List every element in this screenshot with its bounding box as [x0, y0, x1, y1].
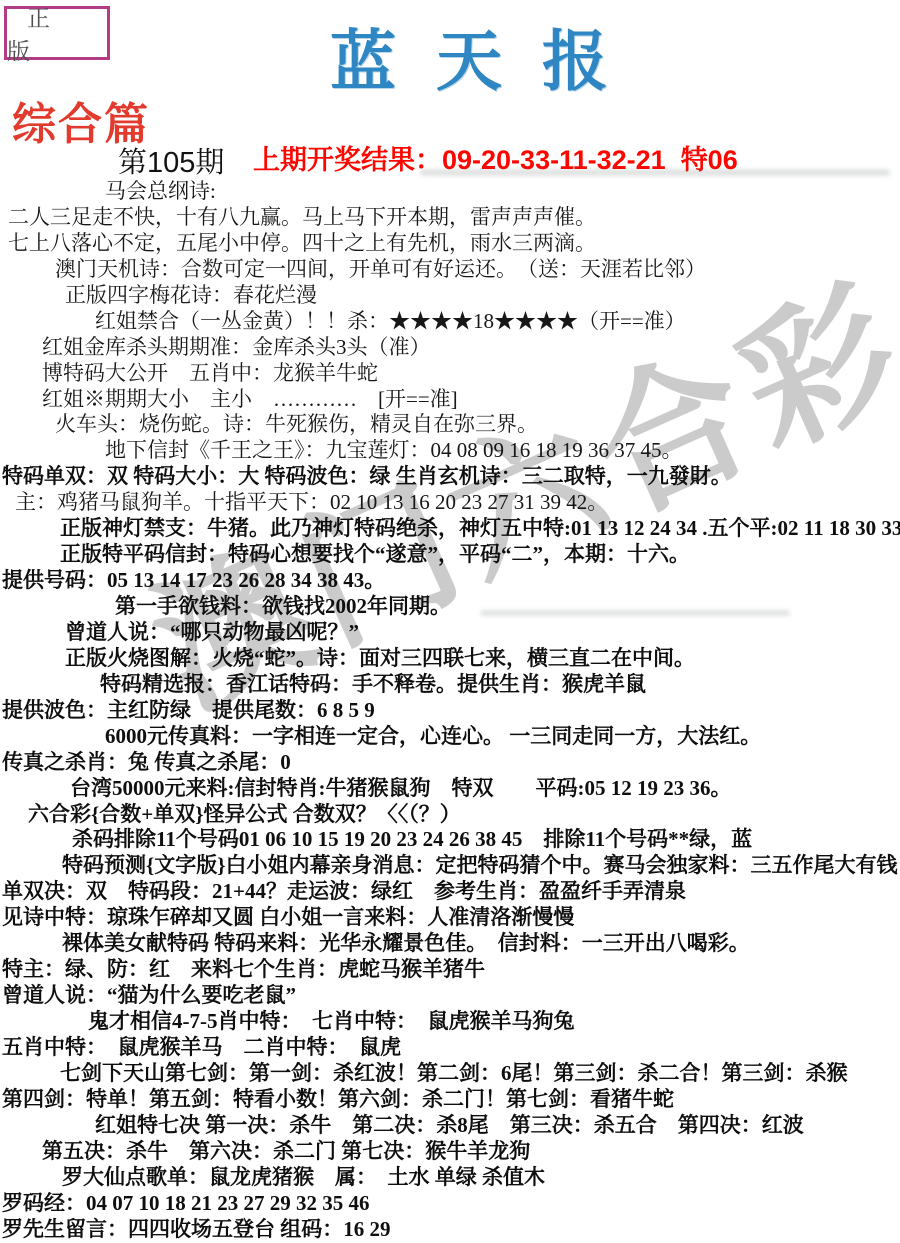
text-line: 曾道人说：“猫为什么要吃老鼠”	[0, 983, 900, 1009]
last-draw-result-label: 上期开奖结果：	[253, 145, 442, 175]
text-line: 红姐金库杀头期期准：金库杀头3头（准）	[0, 335, 900, 361]
text-line: 罗大仙点歌单：鼠龙虎猪猴 属： 土水 单绿 杀值木	[0, 1165, 900, 1191]
text-line: 杀码排除11个号码01 06 10 15 19 20 23 24 26 38 4…	[0, 827, 900, 853]
text-line: 红姐禁合（一丛金黄）！！杀：★★★★18★★★★（开==准）	[0, 309, 900, 335]
text-line: 提供号码：05 13 14 17 23 26 28 34 38 43。	[0, 568, 900, 594]
text-line: 单双决：双 特码段：21+44？走运波：绿红 参考生肖：盈盈纤手弄清泉	[0, 879, 900, 905]
text-line: 鬼才相信4-7-5肖中特： 七肖中特： 鼠虎猴羊马狗兔	[0, 1009, 900, 1035]
text-line: 曾道人说：“哪只动物最凶呢？”	[0, 620, 900, 646]
text-line: 见诗中特：琼珠乍碎却又圆 白小姐一言来料：人准清洛渐慢慢	[0, 905, 900, 931]
text-line: 六合彩{合数+单双}怪异公式 合数双？〈〈（？）	[0, 802, 900, 828]
issue-number: 第105期	[118, 140, 224, 181]
text-line: 6000元传真料：一字相连一定合，心连心。 一三同走同一方，大法红。	[0, 724, 900, 750]
text-line: 第一手欲钱料：欲钱找2002年同期。	[0, 594, 900, 620]
text-line: 提供波色：主红防绿 提供尾数：6 8 5 9	[0, 698, 900, 724]
text-line: 第四剑：特单！第五剑：特看小数！第六剑：杀二门！第七剑：看猪牛蛇	[0, 1087, 900, 1113]
text-line: 博特码大公开 五肖中：龙猴羊牛蛇	[0, 361, 900, 387]
text-line: 台湾50000元来料:信封特肖:牛猪猴鼠狗 特双 平码:05 12 19 23 …	[0, 776, 900, 802]
text-line: 二人三足走不快，十有八九赢。马上马下开本期，雷声声声催。	[0, 205, 900, 231]
text-line: 正版特平码信封：特码心想要找个“遂意”，平码“二”，本期：十六。	[0, 542, 900, 568]
text-line: 澳门天机诗：合数可定一四间，开单可有好运还。 （送：天涯若比邻）	[0, 257, 900, 283]
text-line: 正版火烧图解：火烧“蛇”。诗：面对三四联七来，横三直二在中间。	[0, 646, 900, 672]
body-lines: 马会总纲诗:二人三足走不快，十有八九赢。马上马下开本期，雷声声声催。七上八落心不…	[0, 179, 900, 1242]
text-line: 七上八落心不定，五尾小中停。四十之上有先机，雨水三两滴。	[0, 231, 900, 257]
text-line: 正版神灯禁支：牛猪。此乃神灯特码绝杀，神灯五中特:01 13 12 24 34 …	[0, 516, 900, 542]
scan-smudge	[420, 169, 890, 176]
edition-stamp: 正版	[4, 6, 110, 60]
paper-title: 蓝天报	[330, 8, 648, 103]
text-line: 正版四字梅花诗：春花烂漫	[0, 283, 900, 309]
newspaper-page: 正版 蓝天报 综合篇 第105期 上期开奖结果：09-20-33-11-32-2…	[0, 0, 900, 1243]
text-line: 特主：绿、防：红 来料七个生肖：虎蛇马猴羊猪牛	[0, 957, 900, 983]
text-line: 裸体美女献特码 特码来料：光华永耀景色佳。 信封料：一三开出八喝彩。	[0, 931, 900, 957]
text-line: 火车头：烧伤蛇。诗：牛死猴伤，精灵自在弥三界。	[0, 412, 900, 438]
text-line: 特码单双：双 特码大小：大 特码波色：绿 生肖玄机诗：三二取特，一九發財。	[0, 464, 900, 490]
text-line: 特码精选报：香江话特码：手不释卷。提供生肖：猴虎羊鼠	[0, 672, 900, 698]
text-line: 罗先生留言：四四收场五登台 组码：16 29	[0, 1217, 900, 1243]
text-line: 地下信封《千王之王》：九宝莲灯：04 08 09 16 18 19 36 37 …	[0, 438, 900, 464]
text-line: 马会总纲诗:	[0, 179, 900, 205]
text-line: 七剑下天山第七剑：第一剑：杀红波！第二剑：6尾！第三剑：杀二合！第三剑：杀猴	[0, 1061, 900, 1087]
text-line: 主：鸡猪马鼠狗羊。十指平天下：02 10 13 16 20 23 27 31 3…	[0, 490, 900, 516]
text-line: 罗码经：04 07 10 18 21 23 27 29 32 35 46	[0, 1191, 900, 1217]
text-line: 特码预测{文字版}白小姐内幕亲身消息：定把特码猜个中。赛马会独家料：三五作尾大有…	[0, 853, 900, 879]
text-line: 五肖中特： 鼠虎猴羊马 二肖中特： 鼠虎	[0, 1035, 900, 1061]
text-line: 红姐※期期大小 主小 ………… [开==准]	[0, 387, 900, 413]
text-line: 第五决：杀牛 第六决：杀二门 第七决：猴牛羊龙狗	[0, 1139, 900, 1165]
text-line: 红姐特七决 第一决：杀牛 第二决：杀8尾 第三决：杀五合 第四决：红波	[0, 1113, 900, 1139]
text-line: 传真之杀肖：兔 传真之杀尾：0	[0, 750, 900, 776]
edition-stamp-label: 正版	[7, 0, 107, 66]
